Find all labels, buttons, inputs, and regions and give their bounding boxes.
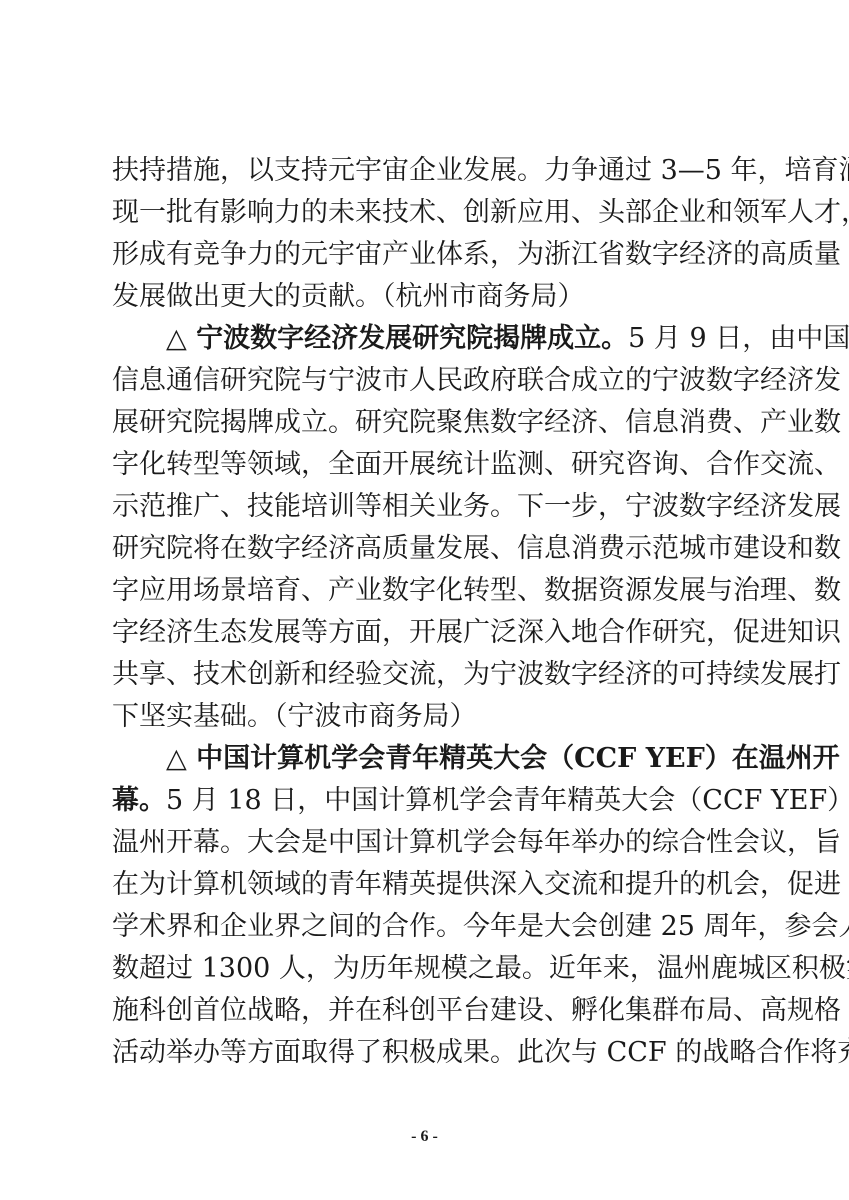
text-line: 字经济生态发展等方面，开展广泛深入地合作研究，促进知识 [112,612,744,654]
document-body: 扶持措施，以支持元宇宙企业发展。力争通过 3—5 年，培育涌 现一批有影响力的未… [112,150,744,1074]
paragraph-ningbo: △ 宁波数字经济发展研究院揭牌成立。5 月 9 日，由中国 信息通信研究院与宁波… [112,318,744,738]
text-line: 形成有竞争力的元宇宙产业体系，为浙江省数字经济的高质量 [112,234,744,276]
text-line: 在为计算机领域的青年精英提供深入交流和提升的机会，促进 [112,864,744,906]
text-line: 下坚实基础。（宁波市商务局） [112,696,744,738]
news-heading: △ 中国计算机学会青年精英大会（CCF YEF）在温州开 [112,738,744,780]
text-line: 共享、技术创新和经验交流，为宁波数字经济的可持续发展打 [112,654,744,696]
paragraph-hangzhou: 扶持措施，以支持元宇宙企业发展。力争通过 3—5 年，培育涌 现一批有影响力的未… [112,150,744,318]
text-line: 示范推广、技能培训等相关业务。下一步，宁波数字经济发展 [112,486,744,528]
text-line: 施科创首位战略，并在科创平台建设、孵化集群布局、高规格 [112,990,744,1032]
text-line: 字应用场景培育、产业数字化转型、数据资源发展与治理、数 [112,570,744,612]
heading-tail-text: 5 月 18 日，中国计算机学会青年精英大会（CCF YEF）在 [166,785,849,816]
page-number: - 6 - [0,1128,849,1146]
text-line: 信息通信研究院与宁波市人民政府联合成立的宁波数字经济发 [112,360,744,402]
text-line: 研究院将在数字经济高质量发展、信息消费示范城市建设和数 [112,528,744,570]
news-heading-line-2: 幕。5 月 18 日，中国计算机学会青年精英大会（CCF YEF）在 [112,780,744,822]
text-line: 发展做出更大的贡献。（杭州市商务局） [112,276,744,318]
text-line: 活动举办等方面取得了积极成果。此次与 CCF 的战略合作将充 [112,1032,744,1074]
paragraph-wenzhou: △ 中国计算机学会青年精英大会（CCF YEF）在温州开 幕。5 月 18 日，… [112,738,744,1074]
text-line: 展研究院揭牌成立。研究院聚焦数字经济、信息消费、产业数 [112,402,744,444]
text-line: 扶持措施，以支持元宇宙企业发展。力争通过 3—5 年，培育涌 [112,150,744,192]
text-line: 温州开幕。大会是中国计算机学会每年举办的综合性会议，旨 [112,822,744,864]
text-line: 学术界和企业界之间的合作。今年是大会创建 25 周年，参会人 [112,906,744,948]
news-heading-end: 幕。 [112,785,166,816]
heading-tail-text: 5 月 9 日，由中国 [628,323,849,354]
text-line: 现一批有影响力的未来技术、创新应用、头部企业和领军人才， [112,192,744,234]
text-line: 数超过 1300 人，为历年规模之最。近年来，温州鹿城区积极实 [112,948,744,990]
text-line: 字化转型等领域，全面开展统计监测、研究咨询、合作交流、 [112,444,744,486]
news-heading: △ 宁波数字经济发展研究院揭牌成立。 [166,323,628,354]
news-heading-line: △ 宁波数字经济发展研究院揭牌成立。5 月 9 日，由中国 [112,318,744,360]
